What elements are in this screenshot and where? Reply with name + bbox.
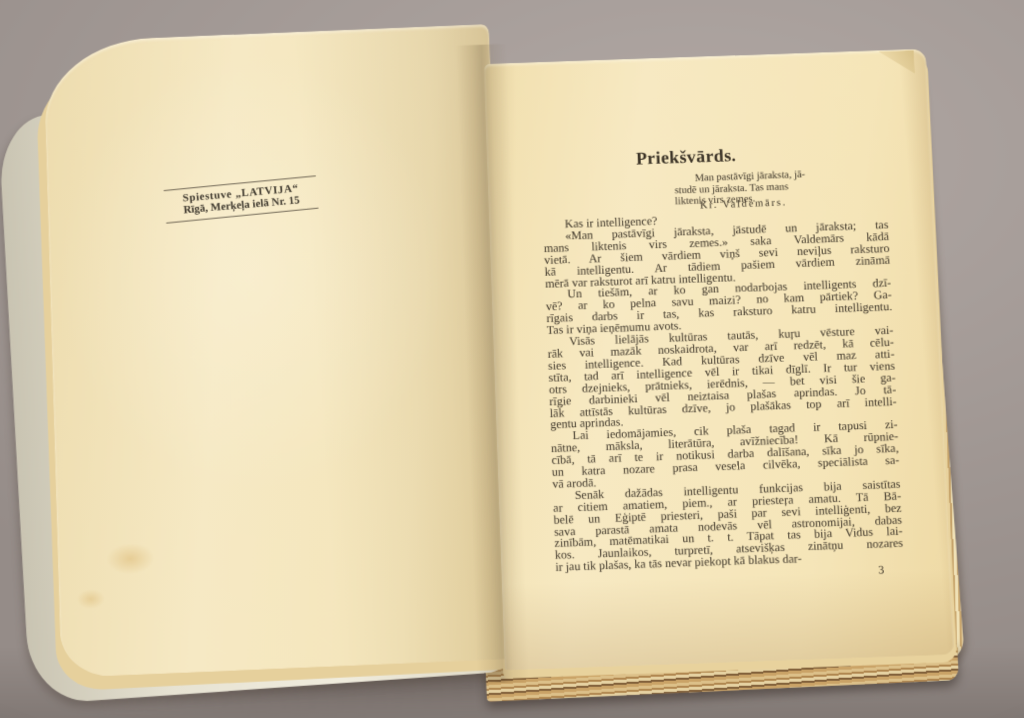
paragraph: Senāk dažādas intelligentu funkcijas bij… <box>553 479 904 574</box>
right-page-content: Priekšvārds. Man pastāvīgi jāraksta, jā-… <box>484 49 955 670</box>
open-book: Spiestuve „LATVIJA“ Rīgā, Merķeļa ielā N… <box>0 8 1024 718</box>
book-photograph: Spiestuve „LATVIJA“ Rīgā, Merķeļa ielā N… <box>0 0 1024 718</box>
epigraph-attribution: Kr. Valdemārs. <box>700 197 787 211</box>
right-page: Priekšvārds. Man pastāvīgi jāraksta, jā-… <box>484 49 955 670</box>
chapter-title: Priekšvārds. <box>523 141 850 173</box>
page-number: 3 <box>878 564 884 576</box>
printer-stamp: Spiestuve „LATVIJA“ Rīgā, Merķeļa ielā N… <box>162 176 321 223</box>
body-text: Kas ir intelligence?«Man pastāvīgi jārak… <box>543 208 904 574</box>
paragraph: Visās lielājās kultūras tautās, kuŗu vēs… <box>547 325 897 431</box>
left-page: Spiestuve „LATVIJA“ Rīgā, Merķeļa ielā N… <box>43 24 515 678</box>
